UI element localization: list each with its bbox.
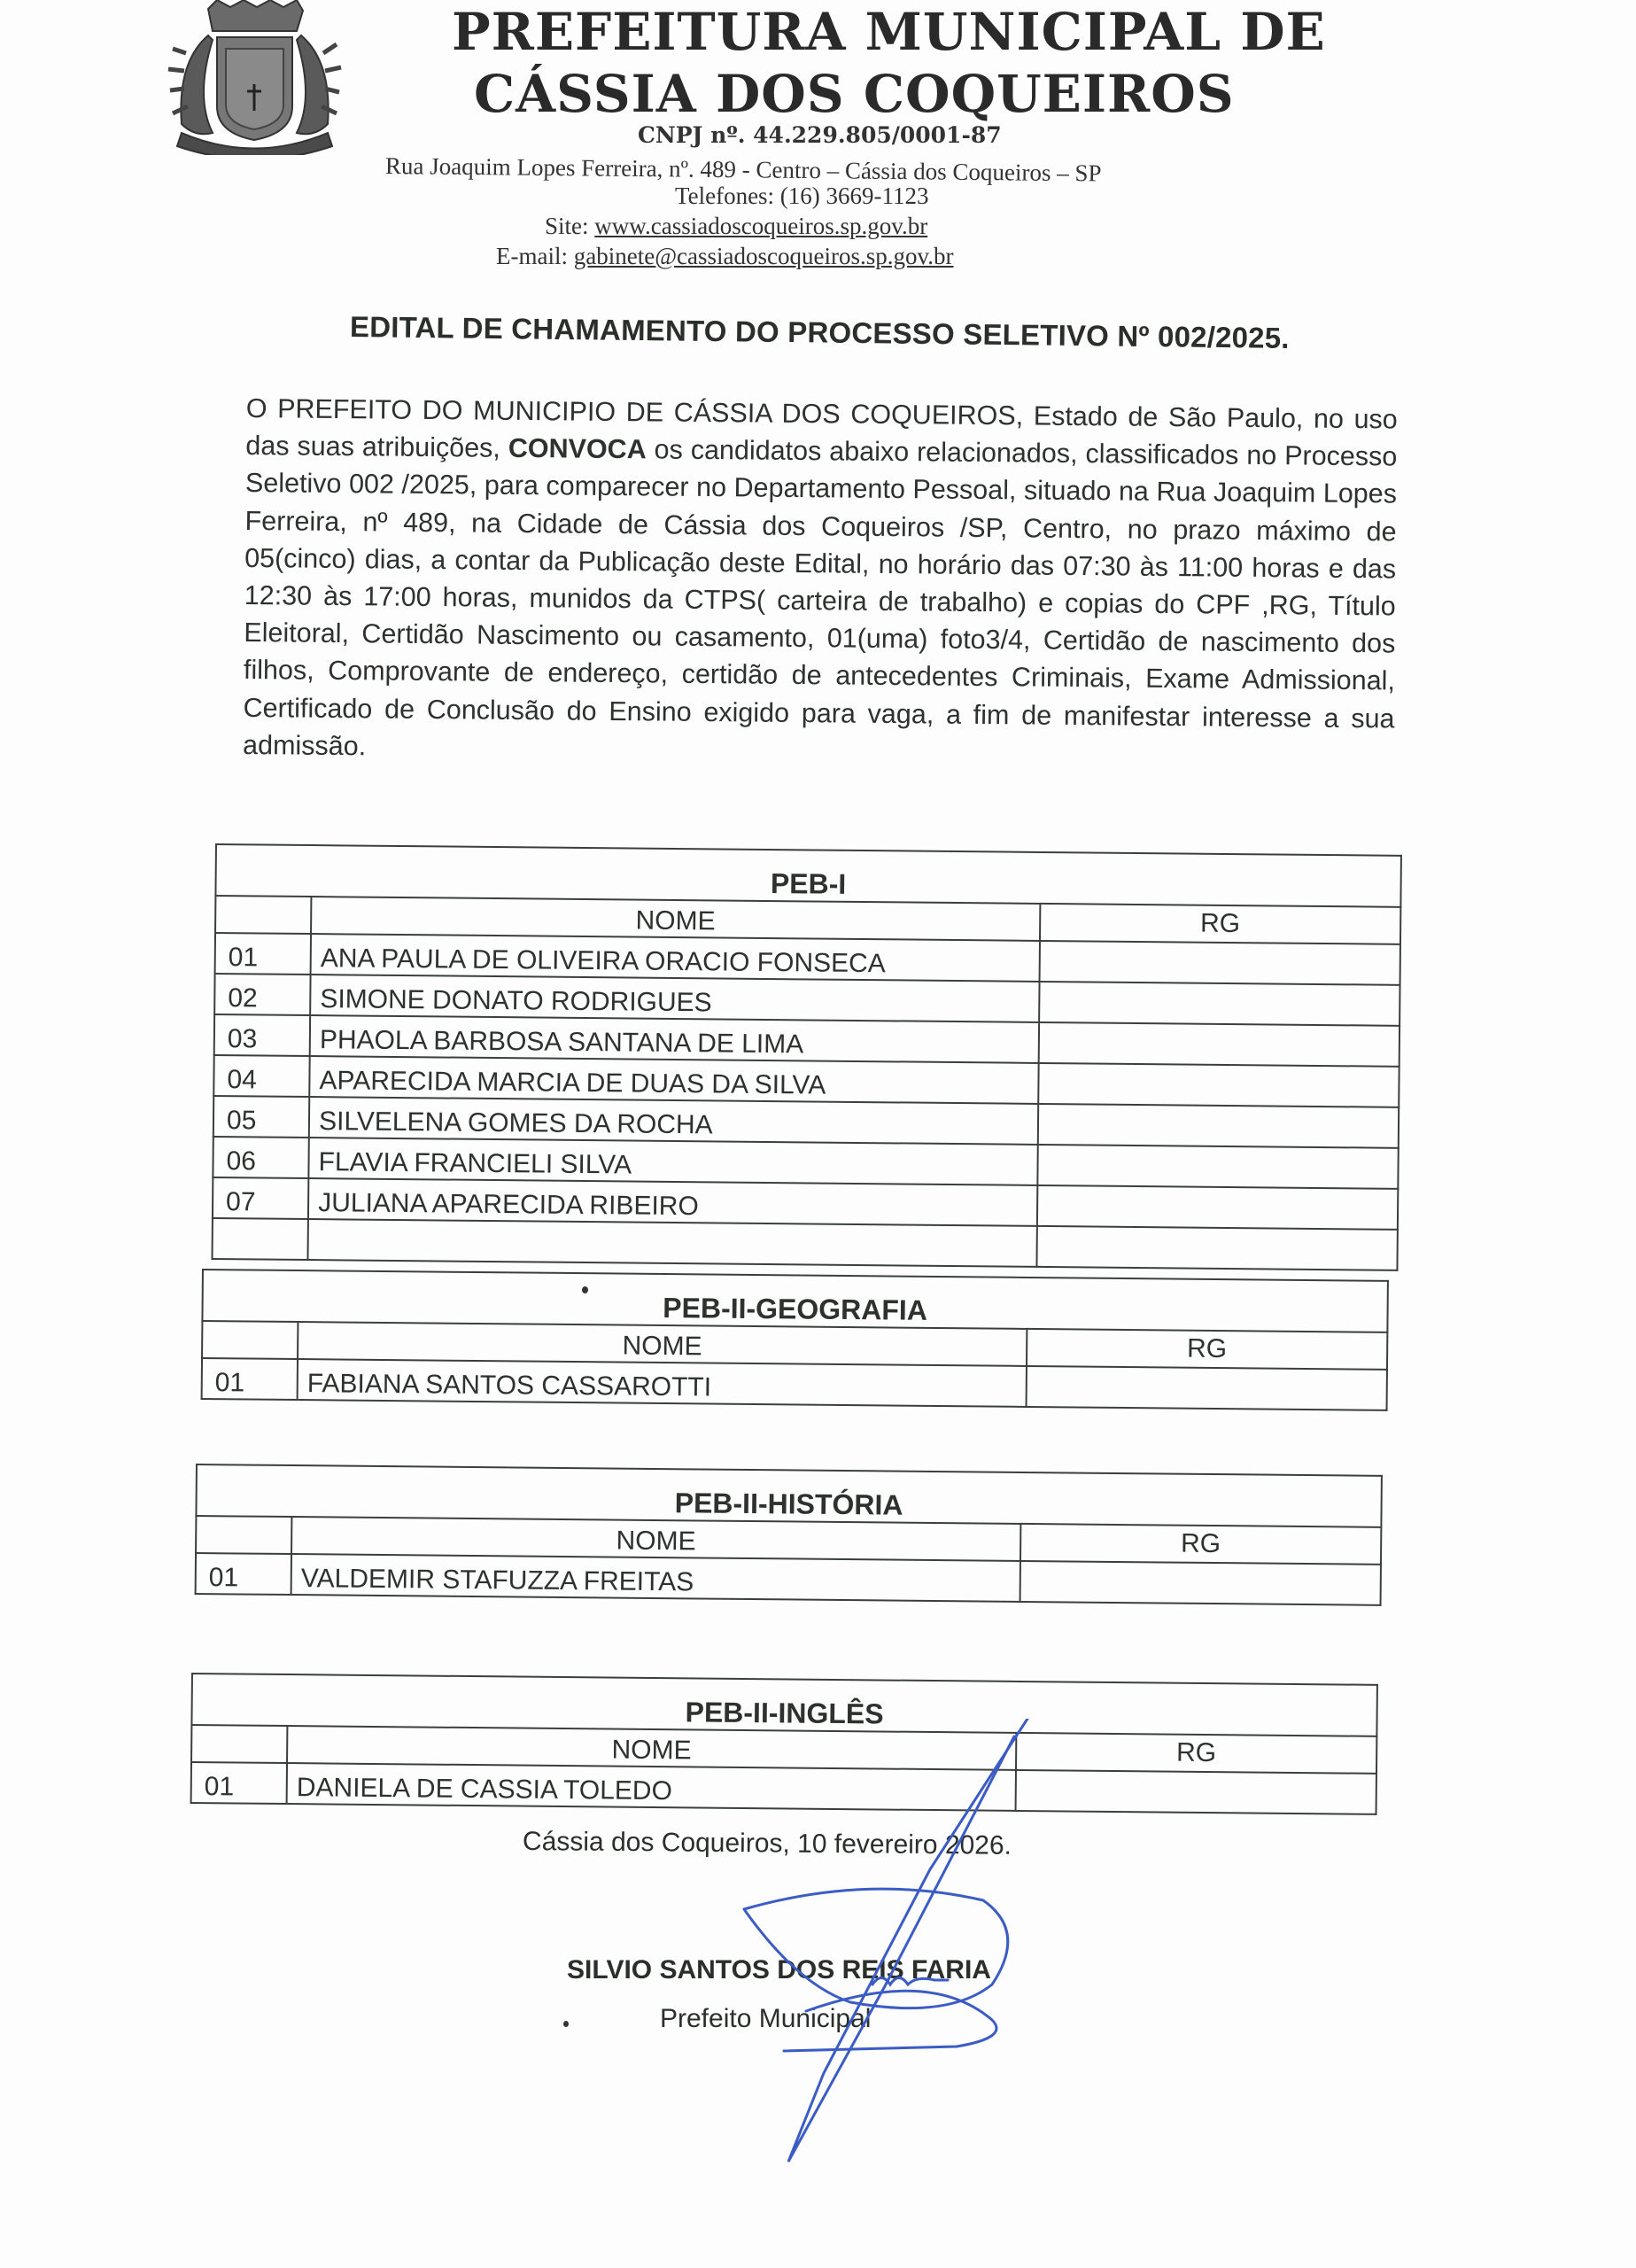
- scan-speck: [582, 1286, 588, 1293]
- candidate-rg: [1039, 982, 1400, 1026]
- row-number: 05: [213, 1096, 310, 1138]
- cnpj: CNPJ nº. 44.229.805/0001-87: [638, 122, 1002, 148]
- candidate-name: FLAVIA FRANCIELI SILVA: [308, 1138, 1037, 1185]
- candidate-rg: [1026, 1366, 1387, 1410]
- candidate-rg: [1037, 1145, 1399, 1189]
- candidate-rg: [1038, 1063, 1400, 1107]
- municipal-coat-of-arms-icon: [159, 0, 350, 155]
- row-number: 02: [214, 974, 311, 1015]
- row-number: 04: [213, 1055, 310, 1097]
- email-link[interactable]: gabinete@cassiadoscoqueiros.sp.gov.br: [574, 243, 954, 269]
- row-number: 03: [214, 1014, 311, 1056]
- candidate-name: APARECIDA MARCIA DE DUAS DA SILVA: [309, 1056, 1038, 1104]
- body-paragraph: O PREFEITO DO MUNICIPIO DE CÁSSIA DOS CO…: [243, 390, 1398, 774]
- site-link[interactable]: www.cassiadoscoqueiros.sp.gov.br: [594, 213, 927, 239]
- municipality-name-line1: PREFEITURA MUNICIPAL DE: [452, 2, 1326, 62]
- candidate-rg: [1039, 941, 1400, 985]
- candidates-table-peb-i: PEB-INOMERG01ANA PAULA DE OLIVEIRA ORACI…: [211, 843, 1401, 1271]
- candidate-rg: [1038, 1022, 1400, 1067]
- site-label: Site:: [545, 213, 594, 239]
- candidate-rg: [1037, 1104, 1399, 1148]
- candidates-table-peb-ii-geografia: PEB-II-GEOGRAFIANOMERG01FABIANA SANTOS C…: [201, 1269, 1389, 1411]
- candidate-name: [308, 1219, 1037, 1267]
- handwritten-signature-icon: [531, 1719, 1081, 2215]
- municipality-name-line2: CÁSSIA DOS COQUEIROS: [474, 64, 1235, 124]
- row-number: [212, 1218, 308, 1260]
- email-label: E-mail:: [496, 243, 574, 269]
- header-rg: RG: [1027, 1329, 1388, 1370]
- row-number: 01: [191, 1762, 288, 1804]
- header-number-cell: [215, 896, 311, 934]
- document-title: EDITAL DE CHAMAMENTO DO PROCESSO SELETIV…: [350, 310, 1290, 355]
- phones: Telefones: (16) 3669-1123: [675, 183, 929, 210]
- candidate-rg: [1036, 1226, 1398, 1270]
- candidate-name: VALDEMIR STAFUZZA FREITAS: [291, 1554, 1020, 1602]
- row-number: 07: [213, 1177, 309, 1219]
- row-number: 01: [202, 1358, 299, 1400]
- body-convoca: CONVOCA: [508, 433, 647, 464]
- candidate-name: SILVELENA GOMES DA ROCHA: [309, 1097, 1038, 1145]
- candidate-name: PHAOLA BARBOSA SANTANA DE LIMA: [310, 1015, 1039, 1063]
- email-line: E-mail: gabinete@cassiadoscoqueiros.sp.g…: [496, 243, 954, 270]
- candidate-name: SIMONE DONATO RODRIGUES: [310, 975, 1039, 1022]
- row-number: 06: [213, 1137, 309, 1178]
- header-number-cell: [202, 1321, 298, 1359]
- header-number-cell: [191, 1725, 287, 1763]
- header-rg: RG: [1040, 904, 1401, 944]
- header-number-cell: [196, 1516, 291, 1554]
- candidates-table-peb-ii-historia: PEB-II-HISTÓRIANOMERG01VALDEMIR STAFUZZA…: [195, 1464, 1383, 1606]
- row-number: 01: [215, 933, 312, 975]
- candidate-name: ANA PAULA DE OLIVEIRA ORACIO FONSECA: [311, 934, 1040, 982]
- site-line: Site: www.cassiadoscoqueiros.sp.gov.br: [545, 213, 927, 240]
- body-text-2: os candidatos abaixo relacionados, class…: [243, 435, 1397, 762]
- candidate-name: FABIANA SANTOS CASSAROTTI: [298, 1359, 1027, 1407]
- candidate-rg: [1020, 1561, 1381, 1605]
- candidate-name: JULIANA APARECIDA RIBEIRO: [308, 1178, 1037, 1226]
- header-rg: RG: [1020, 1524, 1382, 1565]
- candidate-rg: [1037, 1185, 1399, 1230]
- row-number: 01: [196, 1553, 292, 1595]
